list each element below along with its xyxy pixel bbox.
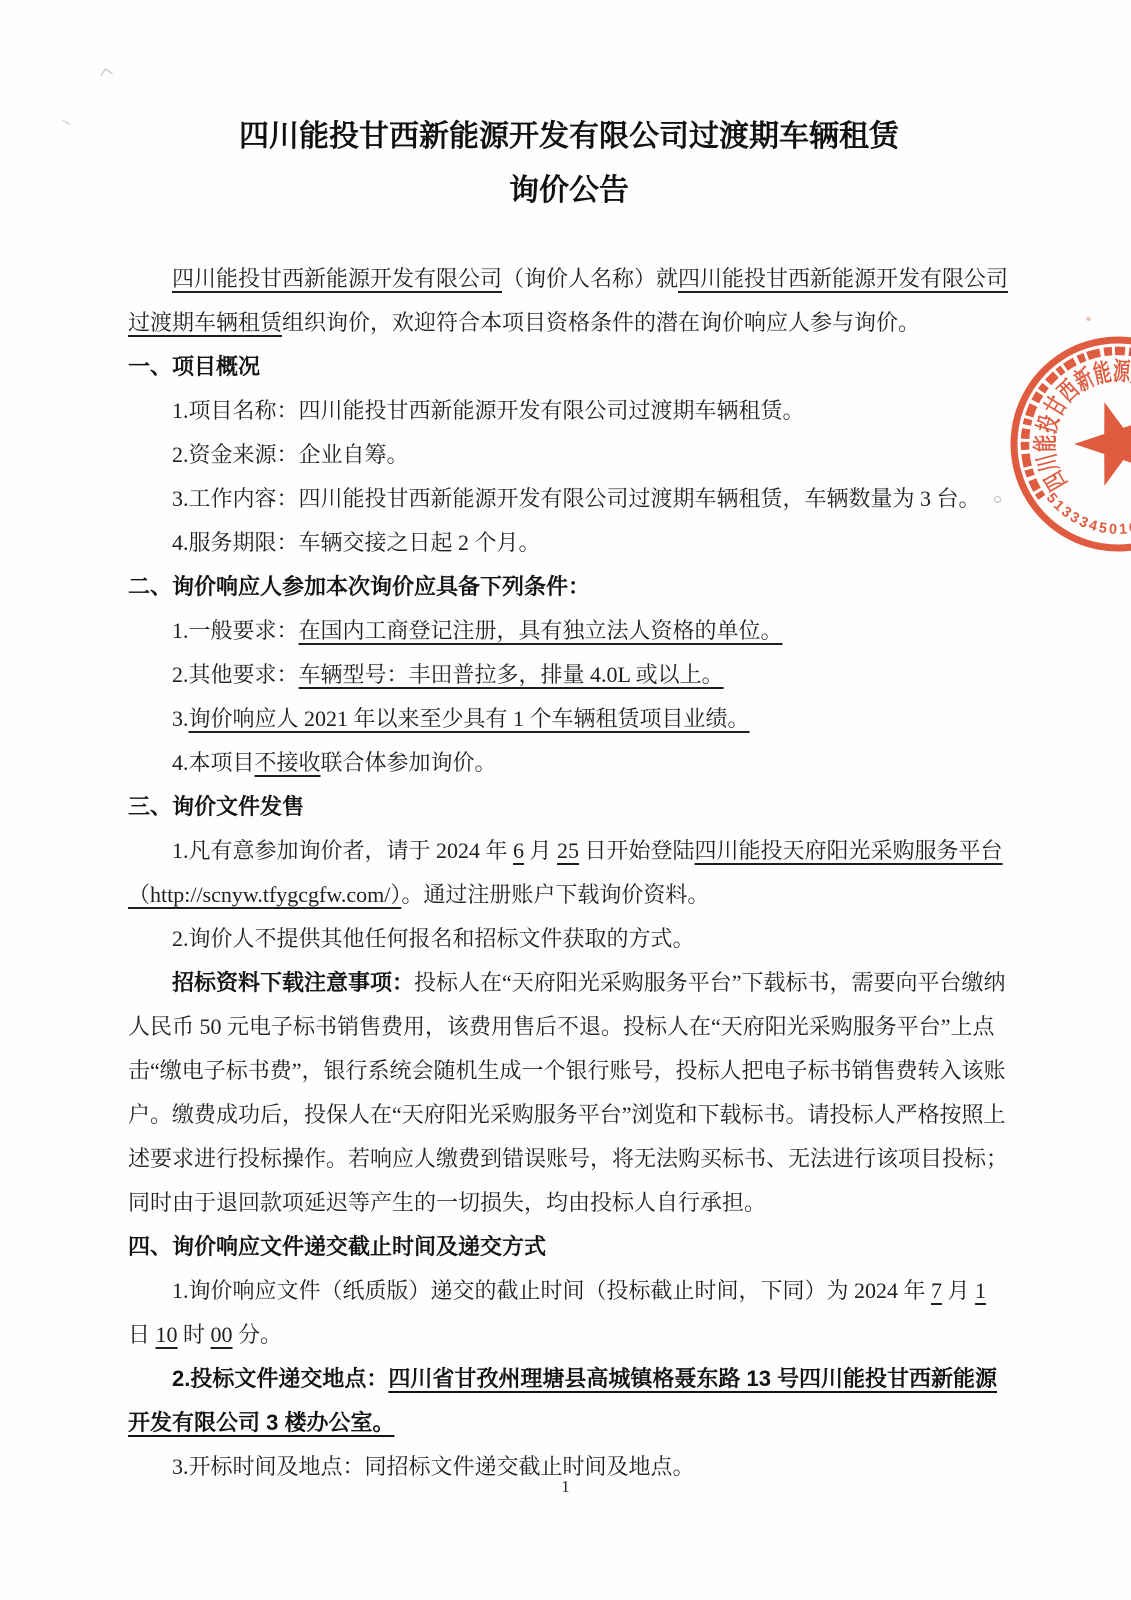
item-lead: 2.投标文件递交地点： <box>172 1366 388 1391</box>
release-day: 25 <box>557 838 579 863</box>
item-text: 月 <box>524 838 557 863</box>
item-text: 联合体参加询价。 <box>321 750 497 775</box>
item-lead: 2.其他要求： <box>172 662 299 687</box>
section-1-heading: 一、项目概况 <box>128 345 1010 389</box>
item-lead: 3. <box>172 706 189 731</box>
document-page: 四川能投甘西新能源开发有限公司过渡期车辆租赁 询价公告 四川能投甘西新能源开发有… <box>0 0 1131 1600</box>
vehicle-model-underlined: 车辆型号：丰田普拉多，排量 4.0L 或以上。 <box>299 662 724 687</box>
item-text: 分。 <box>233 1322 283 1347</box>
doc-title-line2: 询价公告 <box>128 172 1010 210</box>
company-seal-stamp: 四川能投甘西新能源开发有限公司 51333450168 <box>988 314 1131 574</box>
doc-title-line1: 四川能投甘西新能源开发有限公司过渡期车辆租赁 <box>128 0 1010 156</box>
inquirer-name: 四川能投甘西新能源开发有限公司 <box>172 266 502 291</box>
page-number: 1 <box>0 1477 1131 1497</box>
item-text: 4.本项目 <box>172 750 255 775</box>
section-4-item-2: 2.投标文件递交地点：四川省甘孜州理塘县高城镇格聂东路 13 号四川能投甘西新能… <box>128 1357 1010 1445</box>
item-text: 时 <box>178 1322 211 1347</box>
section-2-item-4: 4.本项目不接收联合体参加询价。 <box>128 741 1010 785</box>
document-body: 四川能投甘西新能源开发有限公司（询价人名称）就四川能投甘西新能源开发有限公司过渡… <box>128 257 1010 1489</box>
section-2-heading: 二、询价响应人参加本次询价应具备下列条件： <box>128 565 1010 609</box>
track-record-underlined: 询价响应人 2021 年以来至少具有 1 个车辆租赁项目业绩。 <box>189 706 750 731</box>
item-lead: 1.一般要求： <box>172 618 299 643</box>
note-body: 投标人在“天府阳光采购服务平台”下载标书，需要向平台缴纳人民币 50 元电子标书… <box>128 970 1008 1215</box>
item-text: 1.凡有意参加询价者，请于 2024 年 <box>172 838 513 863</box>
section-2-item-1: 1.一般要求：在国内工商登记注册，具有独立法人资格的单位。 <box>128 609 1010 653</box>
deadline-month: 7 <box>931 1278 942 1303</box>
note-lead: 招标资料下载注意事项： <box>172 970 414 995</box>
document-content: 四川能投甘西新能源开发有限公司过渡期车辆租赁 询价公告 四川能投甘西新能源开发有… <box>0 0 1131 1489</box>
no-consortium-underlined: 不接收 <box>255 750 321 775</box>
item-text: 月 <box>942 1278 975 1303</box>
section-3-item-2: 2.询价人不提供其他任何报名和招标文件获取的方式。 <box>128 917 1010 961</box>
deadline-day: 1 <box>975 1278 986 1303</box>
section-2-item-2: 2.其他要求：车辆型号：丰田普拉多，排量 4.0L 或以上。 <box>128 653 1010 697</box>
item-text: 。通过注册账户下载询价资料。 <box>401 882 709 907</box>
section-1-item-4: 4.服务期限：车辆交接之日起 2 个月。 <box>128 521 1010 565</box>
section-3-item-1: 1.凡有意参加询价者，请于 2024 年 6 月 25 日开始登陆四川能投天府阳… <box>128 829 1010 917</box>
item-text: 日开始登陆 <box>579 838 695 863</box>
section-4-heading: 四、询价响应文件递交截止时间及递交方式 <box>128 1225 1010 1269</box>
section-4-item-1: 1.询价响应文件（纸质版）递交的截止时间（投标截止时间，下同）为 2024 年 … <box>128 1269 1010 1357</box>
section-1-item-3: 3.工作内容：四川能投甘西新能源开发有限公司过渡期车辆租赁，车辆数量为 3 台。 <box>128 477 1010 521</box>
intro-paragraph: 四川能投甘西新能源开发有限公司（询价人名称）就四川能投甘西新能源开发有限公司过渡… <box>128 257 1010 345</box>
requirement-underlined: 在国内工商登记注册，具有独立法人资格的单位。 <box>299 618 783 643</box>
section-1-item-2: 2.资金来源：企业自筹。 <box>128 433 1010 477</box>
item-text: 日 <box>128 1322 156 1347</box>
deadline-hour: 10 <box>156 1322 178 1347</box>
deadline-minute: 00 <box>211 1322 233 1347</box>
intro-text-2: 组织询价，欢迎符合本项目资格条件的潜在询价响应人参与询价。 <box>282 310 920 335</box>
intro-text-1: （询价人名称）就 <box>502 266 678 291</box>
item-text: 1.询价响应文件（纸质版）递交的截止时间（投标截止时间，下同）为 2024 年 <box>172 1278 931 1303</box>
section-3-heading: 三、询价文件发售 <box>128 785 1010 829</box>
section-1-item-1: 1.项目名称：四川能投甘西新能源开发有限公司过渡期车辆租赁。 <box>128 389 1010 433</box>
section-2-item-3: 3.询价响应人 2021 年以来至少具有 1 个车辆租赁项目业绩。 <box>128 697 1010 741</box>
release-month: 6 <box>513 838 524 863</box>
note-paragraph: 招标资料下载注意事项：投标人在“天府阳光采购服务平台”下载标书，需要向平台缴纳人… <box>128 961 1010 1225</box>
